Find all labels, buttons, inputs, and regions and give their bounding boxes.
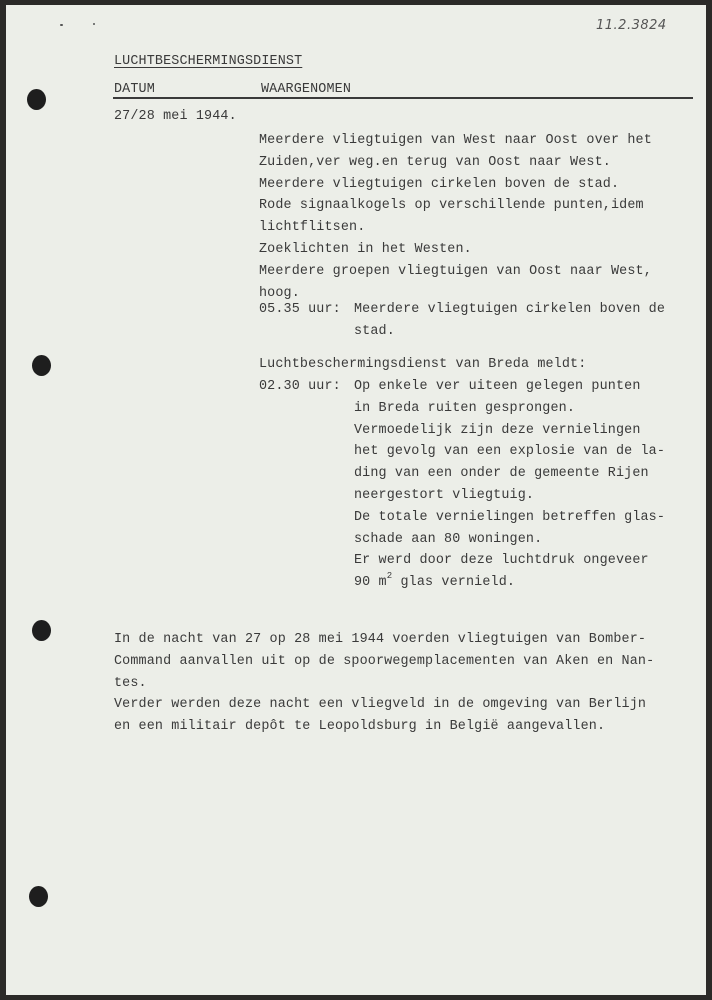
observation-line: Meerdere groepen vliegtuigen van Oost na… xyxy=(259,264,652,286)
ink-speck xyxy=(93,23,95,25)
report-line: schade aan 80 woningen. xyxy=(354,532,665,554)
column-header-observed: WAARGENOMEN xyxy=(261,82,351,98)
summary-line: Command aanvallen uit op de spoorwegempl… xyxy=(114,654,654,676)
timed-observation: Meerdere vliegtuigen cirkelen boven de s… xyxy=(354,302,665,346)
observations: Meerdere vliegtuigen van West naar Oost … xyxy=(259,133,652,307)
observation-line: Meerdere vliegtuigen van West naar Oost … xyxy=(259,133,652,155)
header-rule xyxy=(113,97,693,99)
observation-line: Meerdere vliegtuigen cirkelen boven de s… xyxy=(259,177,652,199)
observation-line: Meerdere vliegtuigen cirkelen boven de xyxy=(354,302,665,324)
punch-hole xyxy=(32,620,51,641)
summary-line: en een militair depôt te Leopoldsburg in… xyxy=(114,719,654,741)
summary-line: Verder werden deze nacht een vliegveld i… xyxy=(114,697,654,719)
entry-date: 27/28 mei 1944. xyxy=(114,109,237,125)
ink-speck xyxy=(60,24,63,26)
summary-line: In de nacht van 27 op 28 mei 1944 voerde… xyxy=(114,632,654,654)
report-line: het gevolg van een explosie van de la- xyxy=(354,444,665,466)
report-line: De totale vernielingen betreffen glas- xyxy=(354,510,665,532)
report-line: ding van een onder de gemeente Rijen xyxy=(354,466,665,488)
breda-report: Op enkele ver uiteen gelegen punten in B… xyxy=(354,379,665,597)
punch-hole xyxy=(29,886,48,907)
observation-line: stad. xyxy=(354,324,665,346)
observation-line: Zuiden,ver weg.en terug van Oost naar We… xyxy=(259,155,652,177)
summary-line: tes. xyxy=(114,676,654,698)
archive-mark: 11.2.3824 xyxy=(596,18,667,33)
report-line: Op enkele ver uiteen gelegen punten xyxy=(354,379,665,401)
observation-line: Rode signaalkogels op verschillende punt… xyxy=(259,198,652,220)
time-stamp: 05.35 uur: xyxy=(259,302,341,318)
column-header-date: DATUM xyxy=(114,82,155,98)
area-suffix: glas vernield. xyxy=(392,575,515,590)
report-line: in Breda ruiten gesprongen. xyxy=(354,401,665,423)
time-stamp: 02.30 uur: xyxy=(259,379,341,395)
report-line: Er werd door deze luchtdruk ongeveer xyxy=(354,553,665,575)
report-line: Vermoedelijk zijn deze vernielingen xyxy=(354,423,665,445)
breda-report-intro: Luchtbeschermingsdienst van Breda meldt: xyxy=(259,357,586,373)
area-value: 90 m xyxy=(354,575,387,590)
summary-paragraph: In de nacht van 27 op 28 mei 1944 voerde… xyxy=(114,632,654,741)
observation-line: Zoeklichten in het Westen. xyxy=(259,242,652,264)
punch-hole xyxy=(32,355,51,376)
punch-hole xyxy=(27,89,46,110)
report-line-area: 90 m2 glas vernield. xyxy=(354,575,665,597)
document-title: LUCHTBESCHERMINGSDIENST xyxy=(114,54,302,70)
observation-line: lichtflitsen. xyxy=(259,220,652,242)
report-line: neergestort vliegtuig. xyxy=(354,488,665,510)
